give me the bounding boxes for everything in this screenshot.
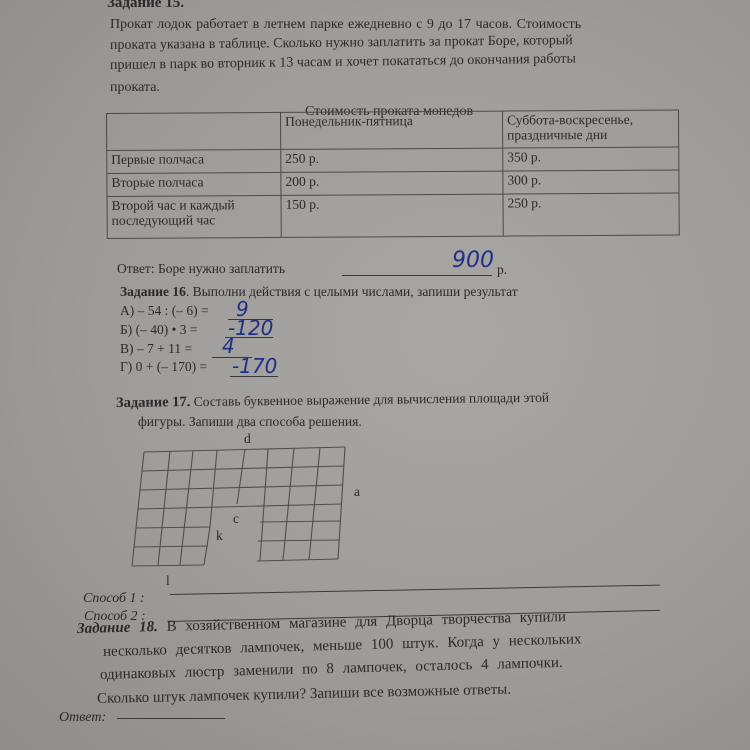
task18-answer-line[interactable]	[117, 718, 225, 719]
figure-label-l: l	[166, 573, 170, 588]
worksheet-page: Задание 15. Прокат лодок работает в летн…	[0, 0, 750, 750]
task18-title: Задание 18.	[77, 619, 158, 637]
figure-grid-lines	[132, 447, 345, 566]
method1-label: Способ 1 :	[83, 591, 145, 606]
figure-label-c: c	[233, 511, 239, 526]
figure-label-k: k	[216, 528, 223, 543]
figure-label-a: a	[354, 484, 360, 499]
task18-answer-label: Ответ:	[59, 710, 106, 725]
figure-label-d: d	[244, 431, 251, 446]
